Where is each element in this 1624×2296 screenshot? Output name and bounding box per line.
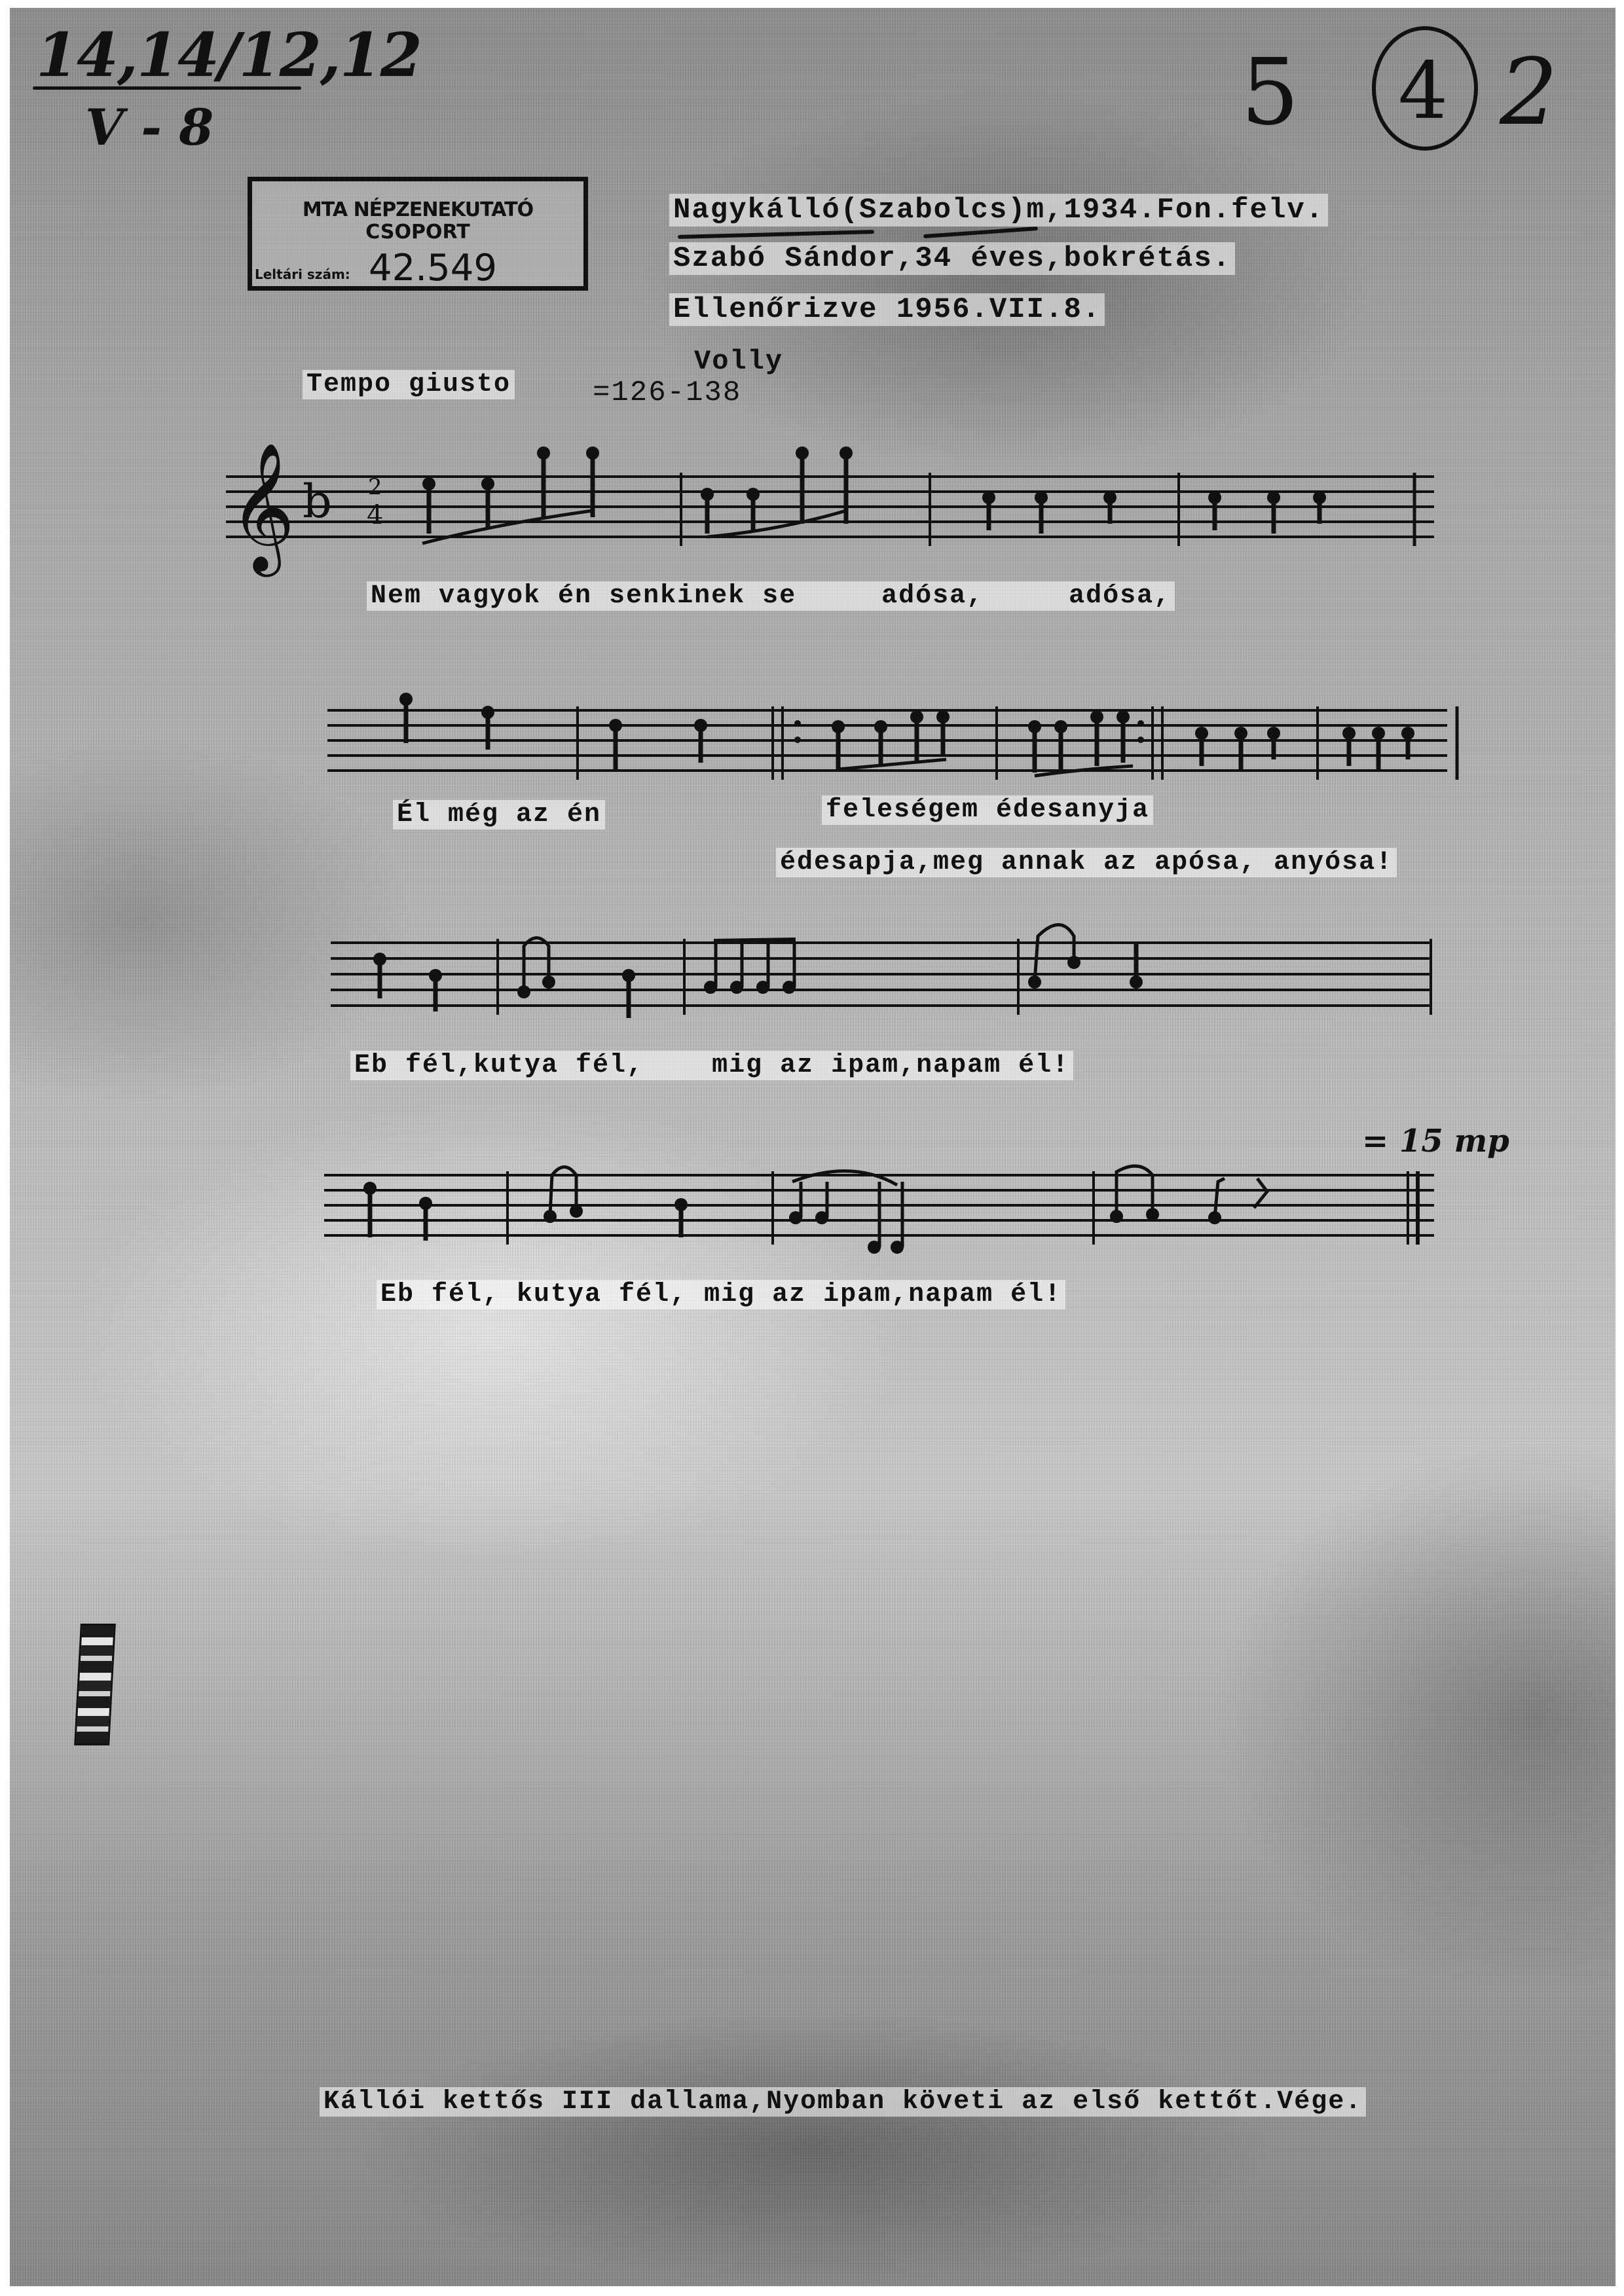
footer-note: Kállói kettős III dallama,Nyomban követi…	[320, 2087, 1366, 2117]
svg-text:𝄞: 𝄞	[229, 442, 295, 577]
svg-text:2: 2	[368, 474, 382, 500]
duration-annotation: = 15 mp	[1362, 1123, 1509, 1159]
lyrics-system-2a: Él még az én	[393, 800, 605, 829]
lyrics-system-2c: édesapja,meg annak az apósa, anyósa!	[776, 848, 1397, 877]
svg-text:b: b	[303, 475, 332, 528]
lyrics-system-1: Nem vagyok én senkinek se adósa, adósa,	[367, 581, 1175, 611]
lyrics-system-3: Eb fél,kutya fél, mig az ipam,napam él!	[350, 1051, 1073, 1080]
lyrics-system-4: Eb fél, kutya fél, mig az ipam,napam él!	[377, 1280, 1065, 1309]
svg-text:4: 4	[367, 500, 383, 530]
lyrics-system-2b: feleségem édesanyja	[822, 795, 1153, 825]
archive-tab-mark	[74, 1624, 116, 1745]
